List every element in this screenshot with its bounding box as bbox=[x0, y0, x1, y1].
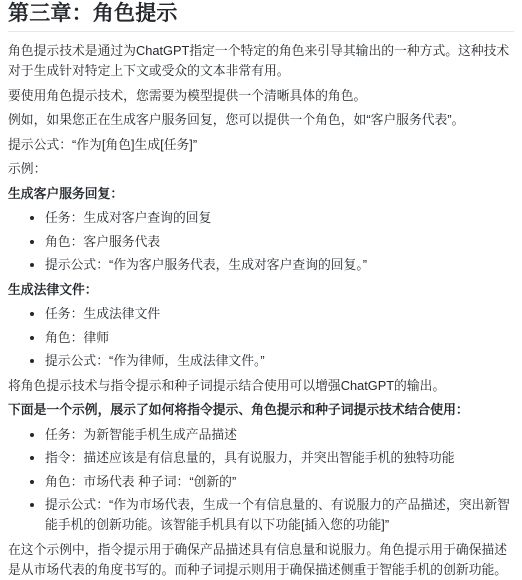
list-item-formula: 提示公式：“作为客户服务代表，生成对客户查询的回复。” bbox=[45, 255, 514, 275]
paragraph-examples-label: 示例： bbox=[8, 159, 514, 179]
paragraph-usage: 要使用角色提示技术，您需要为模型提供一个清晰具体的角色。 bbox=[8, 86, 514, 106]
list-item-task: 任务：生成法律文件 bbox=[45, 304, 514, 324]
list-item-role: 角色：律师 bbox=[45, 328, 514, 348]
list-item-formula: 提示公式：“作为市场代表，生成一个有信息量的、有说服力的产品描述，突出新智能手机… bbox=[45, 495, 514, 535]
document-body: 第三章：角色提示 角色提示技术是通过为ChatGPT指定一个特定的角色来引导其输… bbox=[8, 1, 514, 580]
paragraph-combined-example-intro: 下面是一个示例，展示了如何将指令提示、角色提示和种子词提示技术结合使用： bbox=[8, 400, 514, 420]
list-item-role-seed: 角色：市场代表 种子词：“创新的” bbox=[45, 472, 514, 492]
paragraph-intro: 角色提示技术是通过为ChatGPT指定一个特定的角色来引导其输出的一种方式。这种… bbox=[8, 41, 514, 81]
list-item-task: 任务：生成对客户查询的回复 bbox=[45, 208, 514, 228]
list-customer-service: 任务：生成对客户查询的回复 角色：客户服务代表 提示公式：“作为客户服务代表，生… bbox=[8, 208, 514, 275]
paragraph-example-intro: 例如，如果您正在生成客户服务回复，您可以提供一个角色，如“客户服务代表”。 bbox=[8, 110, 514, 130]
paragraph-conclusion: 在这个示例中，指令提示用于确保产品描述具有信息量和说服力。角色提示用于确保描述是… bbox=[8, 540, 514, 580]
page-title: 第三章：角色提示 bbox=[8, 1, 514, 32]
list-item-task: 任务：为新智能手机生成产品描述 bbox=[45, 425, 514, 445]
paragraph-prompt-formula: 提示公式：“作为[角色]生成[任务]” bbox=[8, 135, 514, 155]
list-item-instruction: 指令：描述应该是有信息量的，具有说服力，并突出智能手机的独特功能 bbox=[45, 448, 514, 468]
list-combined-example: 任务：为新智能手机生成产品描述 指令：描述应该是有信息量的，具有说服力，并突出智… bbox=[8, 425, 514, 536]
list-item-formula: 提示公式：“作为律师，生成法律文件。” bbox=[45, 351, 514, 371]
list-item-role: 角色：客户服务代表 bbox=[45, 232, 514, 252]
list-legal-document: 任务：生成法律文件 角色：律师 提示公式：“作为律师，生成法律文件。” bbox=[8, 304, 514, 371]
paragraph-combine-note: 将角色提示技术与指令提示和种子词提示结合使用可以增强ChatGPT的输出。 bbox=[8, 376, 514, 396]
section-heading-customer-service: 生成客户服务回复： bbox=[8, 184, 514, 204]
section-heading-legal-document: 生成法律文件： bbox=[8, 280, 514, 300]
